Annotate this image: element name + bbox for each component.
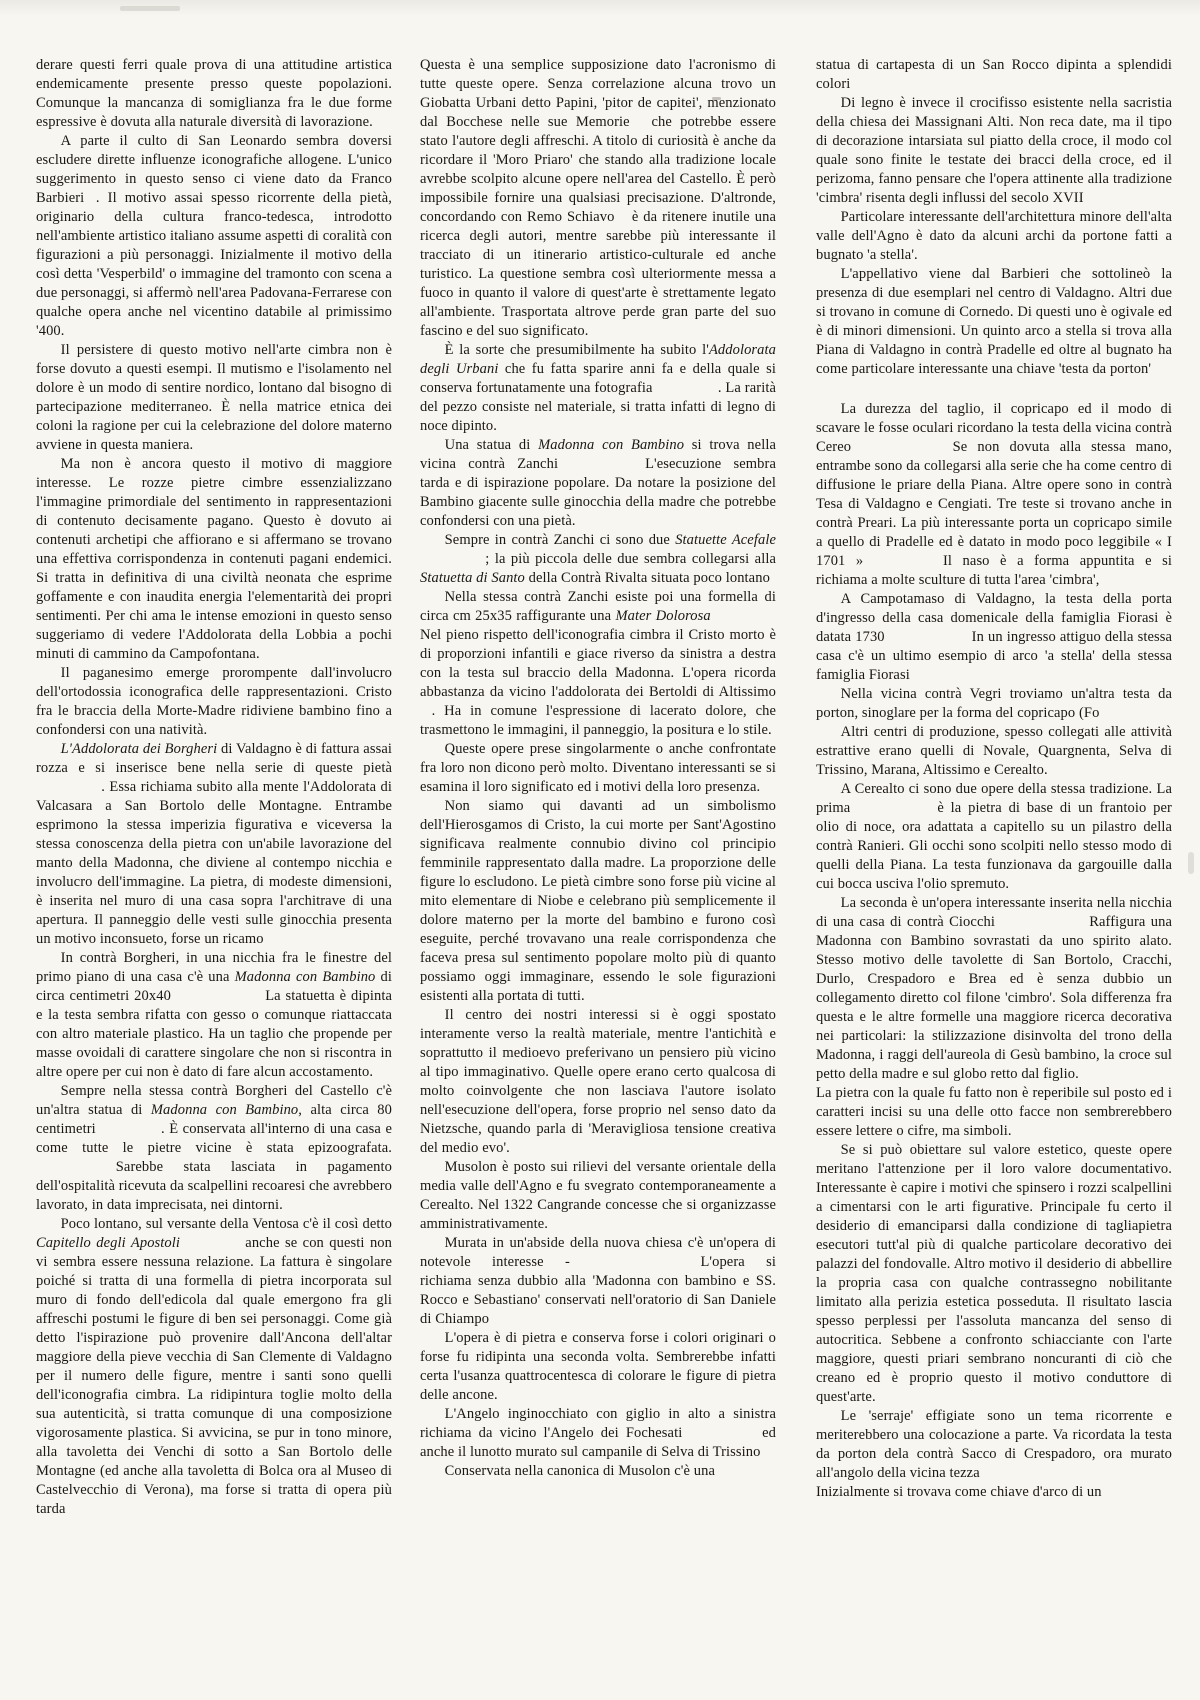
text-run: Particolare interessante dell'architettu… — [816, 209, 1172, 263]
text-run: Sarebbe stata lasciata in pagamento dell… — [36, 1159, 392, 1213]
italic-text-run: Capitello degli Apostoli — [36, 1235, 180, 1251]
paragraph: Il paganesimo emerge prorompente dall'in… — [36, 664, 392, 740]
text-run: Inizialmente si trovava come chiave d'ar… — [816, 1484, 1102, 1500]
paragraph: Particolare interessante dell'architettu… — [816, 208, 1172, 265]
column-1: derare questi ferri quale prova di una a… — [36, 56, 392, 1519]
text-run: Di legno è invece il crocifisso esistent… — [816, 95, 1172, 206]
paragraph: Non siamo qui davanti ad un simbolismo d… — [420, 797, 776, 1006]
text-run: Conservata nella canonica di Musolon c'è… — [445, 1463, 715, 1479]
paragraph: Conservata nella canonica di Musolon c'è… — [420, 1462, 776, 1481]
footnote-gap — [171, 999, 265, 1000]
text-run: Il paganesimo emerge prorompente dall'in… — [36, 665, 392, 738]
footnote-gap — [570, 1265, 701, 1266]
italic-text-run: Madonna con Bambino — [538, 437, 684, 453]
text-run: Nella vicina contrà Vegri troviamo un'al… — [816, 686, 1172, 721]
paragraph: Se si può obiettare sul valore estetico,… — [816, 1141, 1172, 1407]
text-run: La pietra con la quale fu fatto non è re… — [816, 1085, 1172, 1139]
paragraph: Di legno è invece il crocifisso esistent… — [816, 94, 1172, 208]
text-run: Non siamo qui davanti ad un simbolismo d… — [420, 798, 776, 1004]
footnote-gap — [84, 201, 96, 202]
footnote-gap — [36, 1170, 116, 1171]
text-run: Nel pieno rispetto dell'iconografia cimb… — [420, 627, 776, 700]
text-run: anche se con questi non vi sembra essere… — [36, 1235, 392, 1517]
text-run: ; la più piccola delle due sembra colleg… — [485, 551, 776, 567]
footnote-gap — [851, 450, 953, 451]
text-columns: derare questi ferri quale prova di una a… — [36, 56, 1172, 1519]
paragraph: derare questi ferri quale prova di una a… — [36, 56, 392, 132]
text-run: Sempre in contrà Zanchi ci sono due — [445, 532, 676, 548]
italic-text-run: Statuette Acefale — [675, 532, 776, 548]
text-run: Il naso è a forma appuntita e si richiam… — [816, 553, 1172, 588]
footnote-gap — [420, 714, 432, 715]
footnote-gap — [711, 619, 776, 620]
text-run: Poco lontano, sul versante della Ventosa… — [61, 1216, 392, 1232]
paragraph: Il persistere di questo motivo nell'arte… — [36, 341, 392, 455]
scanned-page: derare questi ferri quale prova di una a… — [0, 0, 1200, 1700]
italic-text-run: Madonna con Bambino — [235, 969, 376, 985]
paragraph: In contrà Borgheri, in una nicchia fra l… — [36, 949, 392, 1082]
paragraph: statua di cartapesta di un San Rocco dip… — [816, 56, 1172, 94]
text-run: È la sorte che presumibilmente ha subito… — [445, 342, 709, 358]
text-run: . Essa richiama subito alla mente l'Addo… — [36, 779, 392, 947]
text-run: Altri centri di produzione, spesso colle… — [816, 724, 1172, 778]
paragraph: Queste opere prese singolarmente o anche… — [420, 740, 776, 797]
paragraph: Inizialmente si trovava come chiave d'ar… — [816, 1483, 1172, 1502]
footnote-gap — [682, 1436, 762, 1437]
paragraph: A Cerealto ci sono due opere della stess… — [816, 780, 1172, 894]
footnote-gap — [863, 564, 943, 565]
footnote-gap — [850, 811, 937, 812]
footnote-gap — [180, 1246, 245, 1247]
scan-artifact — [712, 97, 721, 100]
paragraph: Sempre in contrà Zanchi ci sono due Stat… — [420, 531, 776, 588]
paragraph: La seconda è un'opera interessante inser… — [816, 894, 1172, 1084]
footnote-gap — [96, 1132, 161, 1133]
text-run: della Contrà Rivalta situata poco lontan… — [525, 570, 770, 586]
column-3: statua di cartapesta di un San Rocco dip… — [816, 56, 1172, 1502]
text-run: . Il motivo assai spesso ricorrente dell… — [36, 190, 392, 339]
paragraph: A parte il culto di San Leonardo sembra … — [36, 132, 392, 341]
paragraph: Musolon è posto sui rilievi del versante… — [420, 1158, 776, 1234]
text-run: statua di cartapesta di un San Rocco dip… — [816, 57, 1172, 92]
paragraph: Una statua di Madonna con Bambino si tro… — [420, 436, 776, 531]
footnote-gap — [36, 790, 101, 791]
paragraph: Nella stessa contrà Zanchi esiste poi un… — [420, 588, 776, 740]
text-run: Il centro dei nostri interessi si è oggi… — [420, 1007, 776, 1156]
footnote-gap — [653, 391, 718, 392]
paragraph: Murata in un'abside della nuova chiesa c… — [420, 1234, 776, 1329]
paragraph: Nella vicina contrà Vegri troviamo un'al… — [816, 685, 1172, 723]
text-run: Se si può obiettare sul valore estetico,… — [816, 1142, 1172, 1405]
scan-artifact — [1188, 852, 1194, 874]
text-run: Le 'serraje' effigiate sono un tema rico… — [816, 1408, 1172, 1481]
italic-text-run: Mater Dolorosa — [615, 608, 710, 624]
italic-text-run: L'Addolorata dei Borgheri — [61, 741, 218, 757]
footnote-gap — [885, 640, 972, 641]
scan-edge-shadow — [0, 0, 1200, 16]
paragraph: Questa è una semplice supposizione dato … — [420, 56, 776, 341]
paragraph: La durezza del taglio, il copricapo ed i… — [816, 400, 1172, 590]
text-run: è da ritenere inutile una ricerca degli … — [420, 209, 776, 339]
text-run: L'appellativo viene dal Barbieri che sot… — [816, 266, 1172, 377]
paragraph: L'appellativo viene dal Barbieri che sot… — [816, 265, 1172, 379]
paragraph: L'opera è di pietra e conserva forse i c… — [420, 1329, 776, 1405]
paragraph: È la sorte che presumibilmente ha subito… — [420, 341, 776, 436]
scan-artifact — [120, 6, 180, 11]
footnote-gap — [630, 125, 652, 126]
paragraph: L'Angelo inginocchiato con giglio in alt… — [420, 1405, 776, 1462]
paragraph: Poco lontano, sul versante della Ventosa… — [36, 1215, 392, 1519]
text-run: Se non dovuta alla stessa mano, entrambe… — [816, 439, 1172, 569]
text-run: . Ha in comune l'espressione di lacerato… — [420, 703, 776, 738]
text-run: Musolon è posto sui rilievi del versante… — [420, 1159, 776, 1232]
paragraph: Sempre nella stessa contrà Borgheri del … — [36, 1082, 392, 1215]
footnote-gap — [558, 467, 645, 468]
text-run: è la pietra di base di un frantoio per o… — [816, 800, 1172, 892]
text-run: Una statua di — [445, 437, 538, 453]
paragraph: A Campotamaso di Valdagno, la testa dell… — [816, 590, 1172, 685]
paragraph: Il centro dei nostri interessi si è oggi… — [420, 1006, 776, 1158]
paragraph: La pietra con la quale fu fatto non è re… — [816, 1084, 1172, 1141]
text-run: Ma non è ancora questo il motivo di magg… — [36, 456, 392, 662]
text-run: Queste opere prese singolarmente o anche… — [420, 741, 776, 795]
column-2: Questa è una semplice supposizione dato … — [420, 56, 776, 1481]
paragraph: Le 'serraje' effigiate sono un tema rico… — [816, 1407, 1172, 1483]
text-run: derare questi ferri quale prova di una a… — [36, 57, 392, 130]
footnote-gap — [995, 925, 1089, 926]
text-run: L'opera è di pietra e conserva forse i c… — [420, 1330, 776, 1403]
footnote-gap — [614, 220, 631, 221]
italic-text-run: Madonna con Bambino — [151, 1102, 298, 1118]
paragraph: L'Addolorata dei Borgheri di Valdagno è … — [36, 740, 392, 949]
footnote-gap — [420, 562, 485, 563]
paragraph: Ma non è ancora questo il motivo di magg… — [36, 455, 392, 664]
paragraph: Altri centri di produzione, spesso colle… — [816, 723, 1172, 780]
italic-text-run: Statuetta di Santo — [420, 570, 525, 586]
text-run: Il persistere di questo motivo nell'arte… — [36, 342, 392, 453]
text-run: Raffigura una Madonna con Bambino sovras… — [816, 914, 1172, 1082]
